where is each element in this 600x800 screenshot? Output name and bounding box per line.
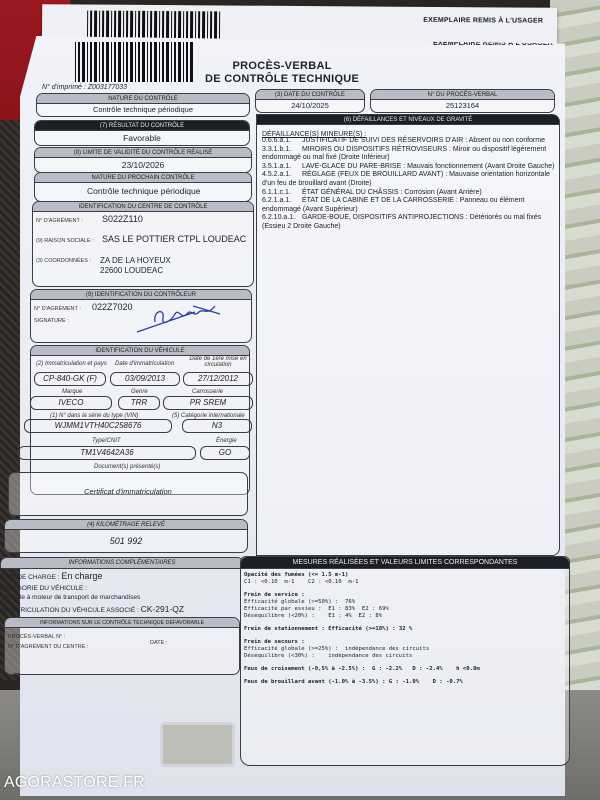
category-value: N3 [182, 419, 252, 433]
printed-number-value: Z003177033 [88, 84, 127, 91]
nature-value: Contrôle technique périodique [37, 104, 249, 114]
genre-caption: Genre [131, 389, 148, 395]
measurements-label: MESURES RÉALISÉES ET VALEURS LIMITES COR… [241, 557, 569, 569]
unfavorable-pv-label: PROCÈS-VERBAL N° : [8, 634, 65, 640]
vin-value: WJMM1VTH40C258676 [24, 419, 172, 433]
defect-item: 6.2.1.a.1. ÉTAT DE LA CABINE ET DE LA CA… [262, 197, 562, 214]
make-caption: Marque [62, 389, 82, 395]
registration-value: CP-840-GK (F) [34, 372, 106, 386]
make-value: IVECO [30, 396, 112, 410]
next-control-value: Contrôle technique périodique [35, 183, 251, 196]
first-use-caption: Date de 1ère mise en circulation [188, 356, 248, 368]
measurement-line: C1 : <0.10 m-1 C2 : <0.10 m-1 [244, 579, 564, 586]
first-use-date-value: 27/12/2012 [183, 372, 253, 386]
measurement-line: Frein de secours : [244, 639, 564, 646]
registration-date-value: 03/09/2013 [110, 372, 180, 386]
type-value: TM1V4642A36 [18, 446, 196, 460]
controller-agreement-label: N° D'AGRÉMENT : [34, 306, 81, 312]
watermark: AGORASTORE.FR [4, 774, 145, 792]
result-label: (7) RÉSULTAT DU CONTRÔLE [35, 121, 249, 131]
unfavorable-center-label: N° D'AGRÉMENT DU CENTRE : [8, 644, 88, 650]
nature-box: NATURE DU CONTRÔLE Contrôle technique pé… [36, 93, 250, 117]
control-date-value: 24/10/2025 [256, 100, 364, 110]
measurement-line: Frein de service : [244, 592, 564, 599]
defect-text: GARDE-BOUE, DISPOSITIFS ANTIPROJECTIONS … [262, 214, 541, 230]
load-state-label: ÉTAT DE CHARGE : [0, 574, 60, 581]
body-caption: Carrosserie [192, 389, 223, 395]
company-value: SAS LE POTTIER CTPL LOUDEAC [102, 234, 246, 244]
vehicle-category-label: CATÉGORIE DU VÉHICULE : [0, 585, 87, 592]
measurement-line: Frein de stationnement : Efficacité (>=1… [244, 626, 564, 633]
measurement-line: Efficacité globale (>=25%) : indépendanc… [244, 646, 564, 653]
address-label: (3) COORDONNÉES : [36, 258, 91, 264]
defect-item: 6.2.10.a.1. GARDE-BOUE, DISPOSITIFS ANTI… [262, 214, 562, 231]
complementary-header: INFORMATIONS COMPLÉMENTAIRES [0, 557, 244, 569]
address-line-1: ZA DE LA HOYEUX [100, 256, 171, 265]
barcode [75, 42, 193, 82]
associated-vehicle: IMMATRICULATION DU VÉHICULE ASSOCIÉ : CK… [0, 604, 184, 614]
documents-box: Certificat d'immatriculation [8, 472, 248, 516]
vehicle-label: IDENTIFICATION DU VÉHICULE [31, 346, 249, 356]
documents-caption: Document(s) présenté(s) [94, 464, 160, 470]
defect-text: ÉTAT GÉNÉRAL DU CHÂSSIS : Corrosion (Ava… [300, 189, 482, 196]
envelope-window [160, 722, 235, 767]
vehicle-category-value: Véhicule à moteur de transport de marcha… [0, 594, 140, 601]
defect-item: 4.5.2.a.1. RÉGLAGE (FEUX DE BROUILLARD A… [262, 171, 562, 188]
associated-vehicle-label: IMMATRICULATION DU VÉHICULE ASSOCIÉ : [0, 607, 139, 614]
complementary-label: INFORMATIONS COMPLÉMENTAIRES [1, 558, 243, 568]
defect-item: 0.6.6.a.1. JUSTIFICATIF DE SUIVI DES RÉS… [262, 137, 562, 146]
pv-number-label: N° DU PROCÈS-VERBAL [371, 90, 554, 100]
energy-caption: Énergie [216, 438, 237, 444]
defect-code: 3.5.1.a.1. [262, 163, 300, 172]
measurement-line: Déséquilibre (<20%) : E1 : 4% E2 : 8% [244, 613, 564, 620]
associated-vehicle-value: CK-291-QZ [141, 604, 184, 614]
body-value: PR SREM [163, 396, 253, 410]
signature-scribble [135, 300, 225, 336]
document-title: PROCÈS-VERBAL DE CONTRÔLE TECHNIQUE [205, 60, 359, 86]
defect-text: MIROIRS OU DISPOSITIFS RÉTROVISEURS : Mi… [262, 146, 546, 162]
defect-item: 3.3.1.b.1. MIROIRS OU DISPOSITIFS RÉTROV… [262, 146, 562, 163]
mileage-value: 501 992 [5, 530, 247, 546]
next-control-box: NATURE DU PROCHAIN CONTRÔLE Contrôle tec… [34, 172, 252, 202]
load-state: ÉTAT DE CHARGE : En charge [0, 571, 102, 581]
defect-text: RÉGLAGE (FEUX DE BROUILLARD AVANT) : Mau… [262, 171, 550, 187]
validity-value: 23/10/2026 [35, 158, 251, 170]
result-box: (7) RÉSULTAT DU CONTRÔLE Favorable [34, 120, 250, 146]
printed-number: N° d'imprimé : Z003177033 [42, 84, 127, 91]
type-caption: Type/CNIT [92, 438, 121, 444]
result-value: Favorable [35, 131, 249, 143]
defects-list: 0.6.6.a.1. JUSTIFICATIF DE SUIVI DES RÉS… [262, 137, 562, 232]
center-agreement-value: S022Z110 [102, 214, 143, 224]
measurement-line: Efficacité globale (>=50%) : 76% [244, 599, 564, 606]
load-state-value: En charge [61, 571, 102, 581]
signature-label: SIGNATURE : [34, 318, 69, 324]
measurements-list: Opacité des fumées (<= 1.5 m-1)C1 : <0.1… [244, 572, 564, 686]
defect-code: 6.2.10.a.1. [262, 214, 300, 223]
control-date-label: (3) DATE DU CONTRÔLE [256, 90, 364, 100]
copy-label-back: EXEMPLAIRE REMIS À L'USAGER [423, 17, 543, 25]
registration-date-caption: Date d'immatriculation [115, 361, 174, 367]
defect-code: 4.5.2.a.1. [262, 171, 300, 180]
measurement-line: Opacité des fumées (<= 1.5 m-1) [244, 572, 564, 579]
defect-text: LAVE-GLACE DU PARE-BRISE : Mauvais fonct… [300, 163, 554, 170]
address-line-2: 22600 LOUDEAC [100, 266, 163, 275]
documents-value: Certificat d'immatriculation [9, 473, 247, 496]
pv-number-value: 25123164 [371, 100, 554, 110]
control-date-box: (3) DATE DU CONTRÔLE 24/10/2025 [255, 89, 365, 113]
printed-number-label: N° d'imprimé : [42, 84, 86, 91]
measurement-line: Feux de brouillard avant (-1.0% à -3.5%)… [244, 679, 564, 686]
validity-box: (8) LIMITE DE VALIDITÉ DU CONTRÔLE RÉALI… [34, 147, 252, 173]
genre-value: TRR [118, 396, 160, 410]
barcode [87, 11, 220, 42]
page-marker: 15 [12, 672, 19, 680]
title-line-2: DE CONTRÔLE TECHNIQUE [205, 73, 359, 86]
defect-text: ÉTAT DE LA CABINE ET DE LA CARROSSERIE :… [262, 197, 524, 213]
measurement-line: Déséquilibre (<30%) : indépendance des c… [244, 653, 564, 660]
controller-label: (9) IDENTIFICATION DU CONTRÔLEUR [31, 290, 251, 300]
defects-label: (6) DÉFAILLANCES ET NIVEAUX DE GRAVITÉ [257, 115, 559, 125]
pv-number-box: N° DU PROCÈS-VERBAL 25123164 [370, 89, 555, 113]
defect-code: 6.2.1.a.1. [262, 197, 300, 206]
nature-label: NATURE DU CONTRÔLE [37, 94, 249, 104]
controller-agreement-value: 022Z7020 [92, 302, 133, 312]
validity-label: (8) LIMITE DE VALIDITÉ DU CONTRÔLE RÉALI… [35, 148, 251, 158]
measurement-line: Feux de croisement (-0,5% à -2.5%) : G :… [244, 666, 564, 673]
defect-code: 3.3.1.b.1. [262, 146, 300, 155]
mileage-box: (4) KILOMÉTRAGE RELEVÉ 501 992 [4, 519, 248, 553]
unfavorable-label: INFORMATIONS SUR LE CONTRÔLE TECHNIQUE D… [5, 618, 239, 628]
defect-text: JUSTIFICATIF DE SUIVI DES RÉSERVOIRS D'A… [300, 137, 545, 144]
defect-code: 6.1.1.c.1. [262, 189, 300, 198]
measurement-line: Efficacité par essieu : E1 : 83% E2 : 69… [244, 606, 564, 613]
registration-caption: (2) Immatriculation et pays [36, 361, 107, 367]
mileage-label: (4) KILOMÉTRAGE RELEVÉ [5, 520, 247, 530]
defect-item: 6.1.1.c.1. ÉTAT GÉNÉRAL DU CHÂSSIS : Cor… [262, 189, 562, 198]
defect-code: 0.6.6.a.1. [262, 137, 300, 146]
unfavorable-date-label: DATE : [150, 640, 167, 646]
next-control-label: NATURE DU PROCHAIN CONTRÔLE [35, 173, 251, 183]
company-label: (9) RAISON SOCIALE : [36, 238, 94, 244]
title-line-1: PROCÈS-VERBAL [205, 60, 359, 73]
energy-value: GO [200, 446, 250, 460]
center-agreement-label: N° D'AGRÉMENT : [36, 218, 83, 224]
center-label: IDENTIFICATION DU CENTRE DE CONTRÔLE [33, 202, 253, 212]
